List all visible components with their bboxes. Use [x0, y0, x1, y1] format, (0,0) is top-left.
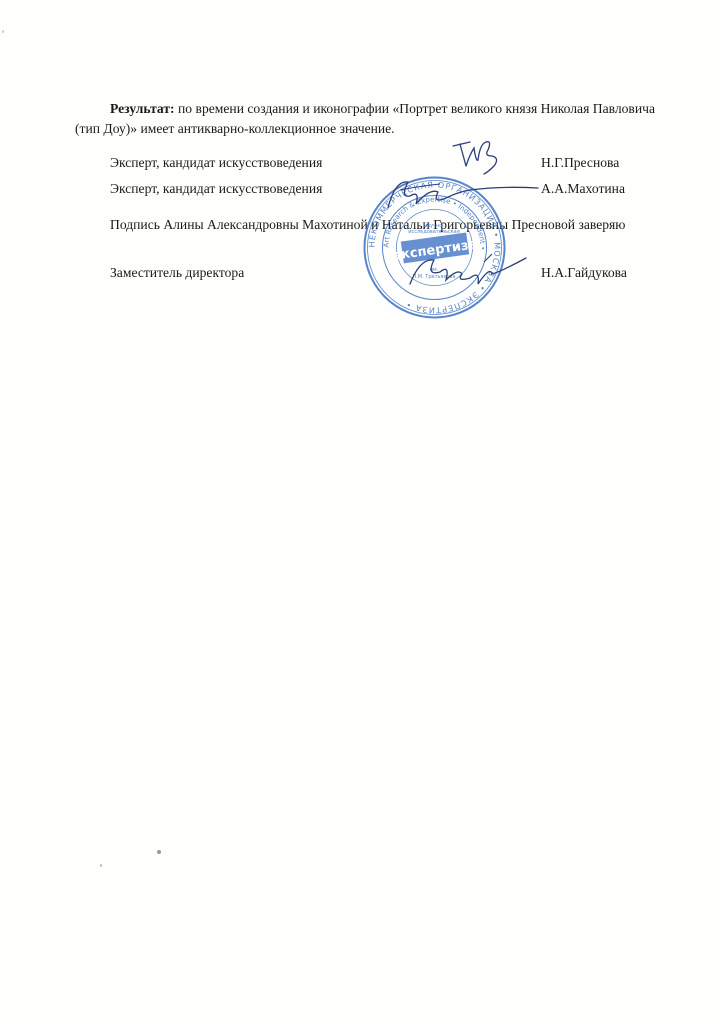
- signer-name: Н.А.Гайдукова: [541, 264, 627, 282]
- signature-makhotina-icon: [380, 170, 540, 215]
- document-page: Результат: по времени создания и иконогр…: [0, 0, 724, 1024]
- scan-speck: [2, 30, 4, 33]
- scan-speck: [100, 864, 102, 867]
- signer-role: Заместитель директора: [110, 264, 244, 282]
- signer-name: А.А.Махотина: [541, 180, 625, 198]
- result-label: Результат:: [110, 101, 175, 116]
- signer-role: Эксперт, кандидат искусствоведения: [110, 154, 322, 172]
- result-paragraph: Результат: по времени создания и иконогр…: [75, 99, 655, 139]
- scan-speck: [157, 850, 161, 854]
- signer-role: Эксперт, кандидат искусствоведения: [110, 180, 322, 198]
- signature-gaidukova-icon: [400, 250, 530, 290]
- signer-name: Н.Г.Преснова: [541, 154, 619, 172]
- svg-text:исследовательская: исследовательская: [408, 229, 460, 235]
